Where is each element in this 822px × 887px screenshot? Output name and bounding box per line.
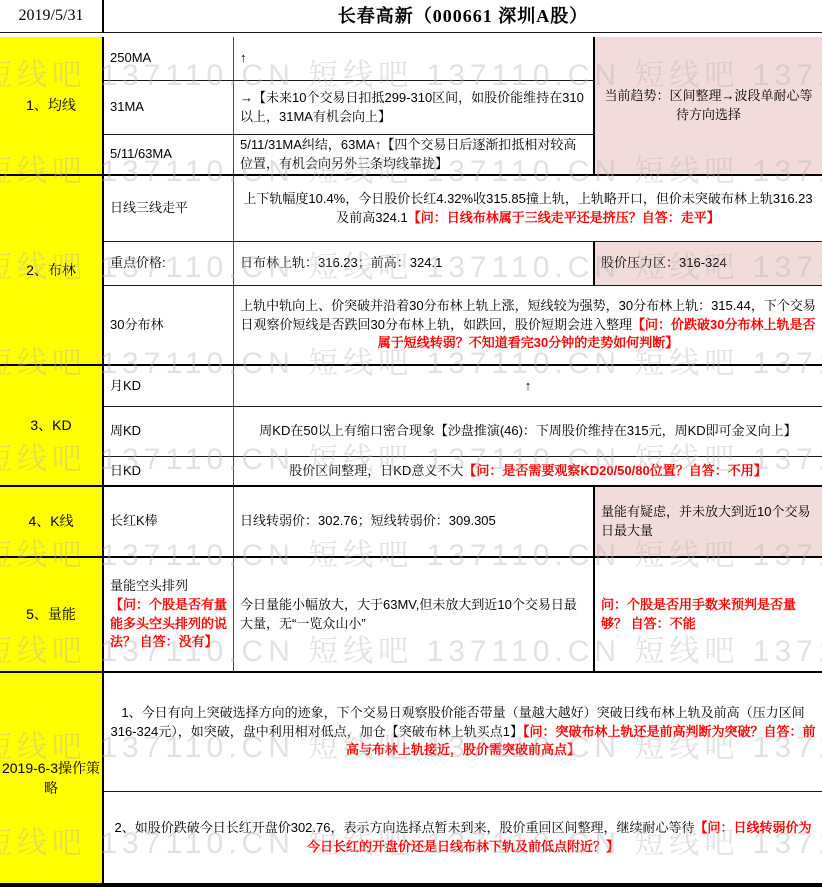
row-daykd-label: 日KD: [104, 457, 234, 487]
row-boll30-content: 上轨中轨向上、价突破并沿着30分布林上轨上涨，短线较为强势，30分布林上轨：31…: [234, 286, 822, 366]
section-volume-label: 5、量能: [0, 558, 104, 673]
volume-doubt-note: 量能有疑虑，并未放大到近10个交易日最大量: [595, 487, 822, 558]
stock-analysis-sheet: 2019/5/31 长春高新（000661 深圳A股） 1、均线 250MA ↑…: [0, 0, 822, 887]
row-keyprice-label: 重点价格:: [104, 242, 234, 286]
row-weekkd-label: 周KD: [104, 407, 234, 457]
daykd-question: 【问：是否需要观察KD20/50/80位置？自答：不用】: [463, 463, 766, 478]
row-63ma-content: 5/11/31MA纠结，63MA↑【四个交易日后逐渐扣抵相对较高位置，有机会向另…: [234, 135, 595, 176]
row-250ma-label: 250MA: [104, 37, 234, 81]
analysis-table: 2019/5/31 长春高新（000661 深圳A股） 1、均线 250MA ↑…: [0, 0, 822, 887]
row-redcandle-content: 日线转弱价：302.76；短线转弱价：309.305: [234, 487, 595, 558]
row-boll30-label: 30分布林: [104, 286, 234, 366]
pressure-zone-note: 股价压力区：316-324: [595, 242, 822, 286]
volume-question-note: 问：个股是否用手数来预判是否量够？ 自答：不能: [595, 558, 822, 673]
strategy-point-1: 1、今日有向上突破选择方向的迹象，下个交易日观察股价能否带量（量越大越好）突破日…: [104, 673, 822, 792]
row-volume-content: 今日量能小幅放大，大于63MV,但未放大到近10个交易日最大量，无“一览众山小”: [234, 558, 595, 673]
section-kd-label: 3、KD: [0, 366, 104, 487]
date-cell: 2019/5/31: [0, 0, 104, 33]
row-daykd-content: 股价区间整理，日KD意义不大【问：是否需要观察KD20/50/80位置？自答：不…: [234, 457, 822, 487]
volume-sub-text: 量能空头排列: [110, 578, 188, 593]
strategy2-text: 2、如股价跌破今日长红开盘价302.76，表示方向选择点暂未到来，股价重回区间整…: [114, 820, 694, 835]
trend-note: 当前趋势：区间整理→波段单耐心等待方向选择: [595, 37, 822, 176]
boll-flat-question: 【问：日线布林属于三线走平还是挤压？自答：走平】: [408, 210, 720, 225]
daykd-text: 股价区间整理，日KD意义不大: [289, 463, 463, 478]
row-63ma-label: 5/11/63MA: [104, 135, 234, 176]
row-keyprice-content: 日布林上轨：316.23；前高：324.1: [234, 242, 595, 286]
section-strategy-label: 2019-6-3操作策略: [0, 673, 104, 883]
row-monthkd-content: ↑: [234, 366, 822, 407]
row-31ma-label: 31MA: [104, 81, 234, 135]
row-monthkd-label: 月KD: [104, 366, 234, 407]
row-redcandle-label: 长红K棒: [104, 487, 234, 558]
row-boll-flat-content: 上下轨幅度10.4%，今日股价长红4.32%收315.85撞上轨，上轨略开口，但…: [234, 176, 822, 242]
row-250ma-content: ↑: [234, 37, 595, 81]
row-31ma-content: →【未来10个交易日扣抵299-310区间，如股价能维持在310以上，31MA有…: [234, 81, 595, 135]
strategy-point-2: 2、如股价跌破今日长红开盘价302.76，表示方向选择点暂未到来，股价重回区间整…: [104, 792, 822, 883]
volume-sub-question: 【问：个股是否有量能多头空头排列的说法？ 自答：没有】: [110, 597, 227, 650]
row-weekkd-content: 周KD在50以上有缩口密合现象【沙盘推演(46)：下周股价维持在315元，周KD…: [234, 407, 822, 457]
section-ma-label: 1、均线: [0, 37, 104, 176]
section-kline-label: 4、K线: [0, 487, 104, 558]
row-volume-sub: 量能空头排列【问：个股是否有量能多头空头排列的说法？ 自答：没有】: [104, 558, 234, 673]
row-boll-flat-label: 日线三线走平: [104, 176, 234, 242]
bottom-border-bar: [0, 883, 822, 887]
section-boll-label: 2、布林: [0, 176, 104, 366]
page-title: 长春高新（000661 深圳A股）: [104, 0, 822, 33]
